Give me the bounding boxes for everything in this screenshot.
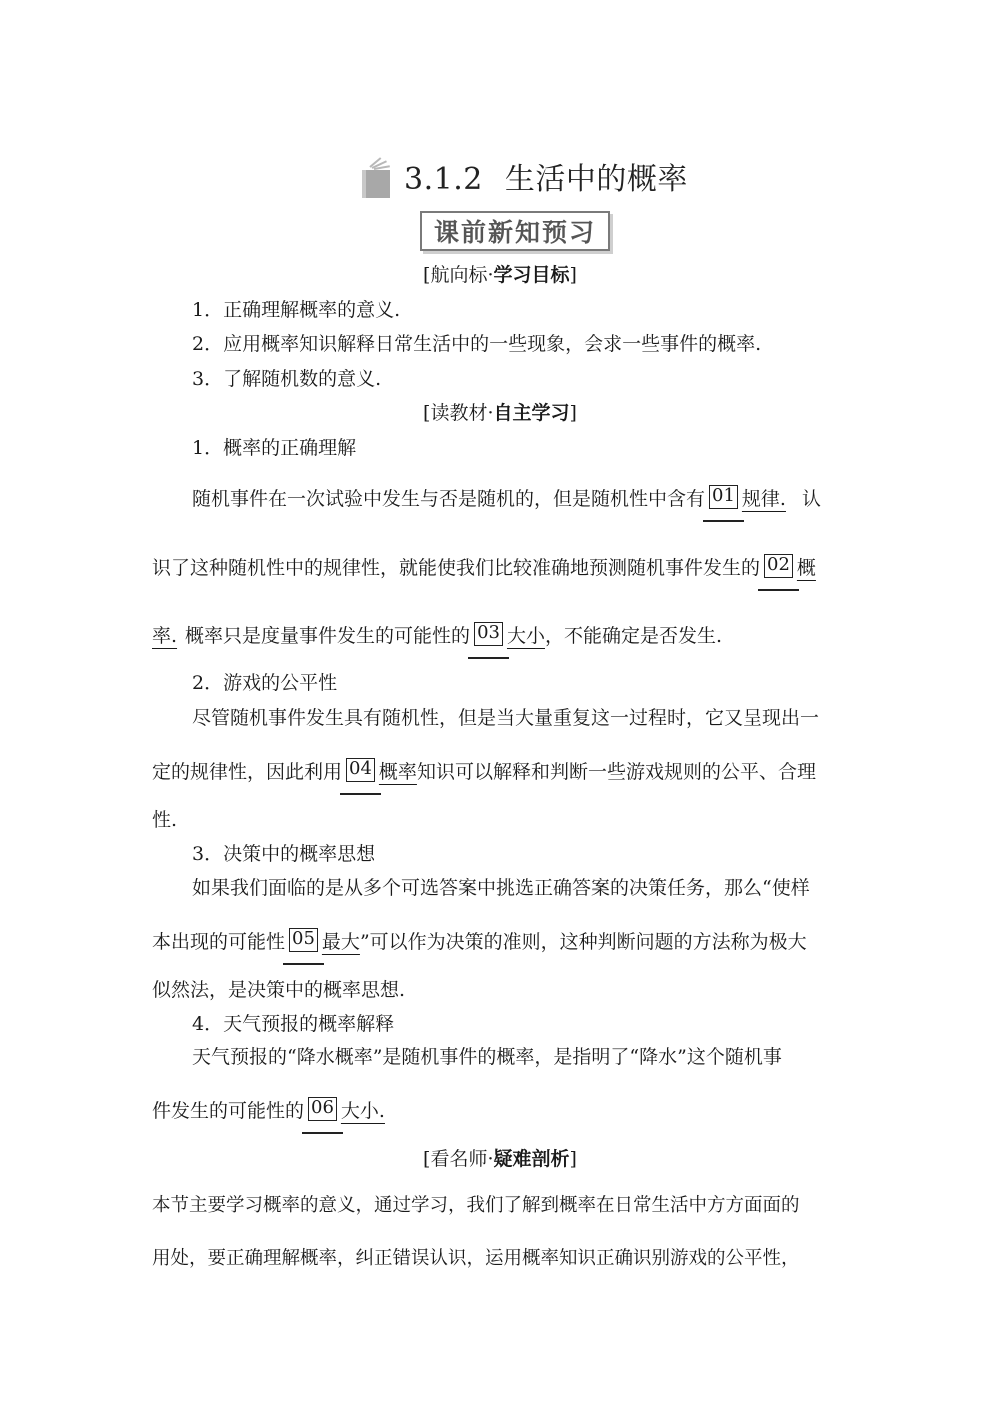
objective-item: 3．了解随机数的意义. (192, 366, 381, 392)
paragraph-line: 随机事件在一次试验中发生与否是随机的，但是随机性中含有01规律.认 (192, 485, 821, 512)
answer-blank-05: 05 (285, 928, 322, 955)
answer-text: 最大 (322, 931, 360, 953)
paragraph-line: 似然法，是决策中的概率思想. (152, 977, 405, 1003)
objective-item: 2．应用概率知识解释日常生活中的一些现象，会求一些事件的概率. (192, 331, 761, 357)
paragraph-line: 本出现的可能性05最大”可以作为决策的准则，这种判断问题的方法称为极大 (152, 928, 807, 955)
answer-number-box: 06 (308, 1097, 337, 1121)
objective-item: 1．正确理解概率的意义. (192, 297, 400, 323)
document-page: 3.1.2 生活中的概率 课前新知预习 [航向标·学习目标] 1．正确理解概率的… (0, 0, 1000, 1414)
section-title: 生活中的概率 (505, 160, 688, 200)
answer-text: 大小. (341, 1100, 385, 1122)
paragraph-line: 性. (152, 807, 177, 833)
answer-number-box: 03 (474, 622, 503, 646)
answer-number-box: 05 (289, 928, 318, 952)
paragraph-line: 用处，要正确理解概率，纠正错误认识，运用概率知识正确识别游戏的公平性， (152, 1246, 800, 1272)
paragraph-line: 尽管随机事件发生具有随机性，但是当大量重复这一过程时，它又呈现出一 (192, 705, 819, 731)
answer-text: 大小 (507, 625, 545, 647)
reading-heading: [读教材·自主学习] (0, 400, 1000, 426)
paragraph-line: 天气预报的“降水概率”是随机事件的概率，是指明了“降水”这个随机事 (192, 1044, 782, 1070)
subsection-title: 2．游戏的公平性 (192, 670, 337, 696)
answer-text: 概率 (379, 761, 417, 783)
section-banner: 课前新知预习 (420, 211, 610, 251)
paragraph-line: 本节主要学习概率的意义，通过学习，我们了解到概率在日常生活中方方面面的 (152, 1193, 800, 1219)
section-number: 3.1.2 (404, 160, 483, 200)
answer-text: 率. (152, 625, 177, 647)
lesson-title: 3.1.2 生活中的概率 (362, 150, 688, 200)
answer-blank-01: 01 (705, 485, 742, 512)
paragraph-line: 件发生的可能性的06大小. (152, 1097, 385, 1124)
answer-number-box: 01 (709, 485, 738, 509)
subsection-title: 3．决策中的概率思想 (192, 841, 375, 867)
answer-number-box: 02 (764, 554, 793, 578)
answer-text: 规律. (742, 488, 786, 510)
analysis-heading: [看名师·疑难剖析] (0, 1146, 1000, 1172)
answer-text: 概 (797, 557, 816, 579)
answer-blank-06: 06 (304, 1097, 341, 1124)
paragraph-line: 率.概率只是度量事件发生的可能性的03大小，不能确定是否发生. (152, 622, 722, 649)
subsection-title: 4．天气预报的概率解释 (192, 1011, 394, 1037)
answer-blank-03: 03 (470, 622, 507, 649)
subsection-title: 1．概率的正确理解 (192, 435, 356, 461)
objectives-heading: [航向标·学习目标] (0, 262, 1000, 288)
paragraph-line: 定的规律性，因此利用04概率知识可以解释和判断一些游戏规则的公平、合理 (152, 758, 816, 785)
paragraph-line: 识了这种随机性中的规律性，就能使我们比较准确地预测随机事件发生的02概 (152, 554, 816, 581)
answer-blank-04: 04 (342, 758, 379, 785)
book-icon (362, 158, 396, 200)
paragraph-line: 如果我们面临的是从多个可选答案中挑选正确答案的决策任务，那么“使样 (192, 875, 810, 901)
answer-blank-02: 02 (760, 554, 797, 581)
answer-number-box: 04 (346, 758, 375, 782)
